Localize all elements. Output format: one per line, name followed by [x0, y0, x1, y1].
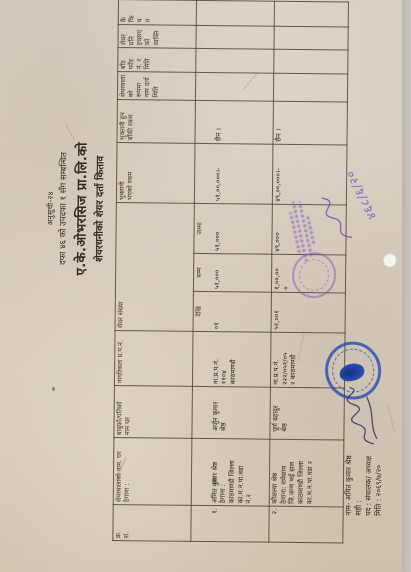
col-serial: क्र. सं. [113, 505, 191, 542]
cell-remarks [274, 1, 348, 27]
col-amount-paid: भुक्तानी भएको रकम [116, 143, 195, 204]
cell-nominee [274, 26, 348, 50]
subcol-total: जम्मा [194, 203, 213, 253]
cell-serial: २. [269, 506, 343, 543]
subheader-empty [195, 100, 213, 143]
title-block: अनुसूची-२४ दफा ४६ को उपदफा १ सँग सम्बन्ध… [45, 98, 107, 319]
cell-citizenship: ना.प्र.प.नं. ११०४ काठमाण्डौ [210, 332, 271, 388]
subheader-empty [192, 331, 211, 386]
section-reference: दफा ४६ को उपदफा १ सँग सम्बन्धित [57, 98, 70, 318]
signatory-name: नाम- अमित कुमार श्रेष्ठ [344, 455, 354, 515]
col-allotment-no-date: बाँड फाँड नं. र मिति [118, 48, 196, 73]
rotated-document: अनुसूची-२४ दफा ४६ को उपदफा १ सँग सम्बन्ध… [0, 0, 411, 572]
signature-icon [342, 382, 384, 449]
header-row: क्र. सं. शेयरवालाको नाम, घर ठेगाना : बाब… [113, 0, 197, 541]
subheader-empty [191, 505, 209, 541]
cell-registration-date [273, 73, 347, 102]
subheader-empty [196, 0, 214, 25]
stamp-inner-ring [297, 257, 331, 293]
col-registration-date: शेयरवाला को रूपमा नाम दर्ता मिति [117, 72, 195, 101]
paper-hole [383, 253, 396, 268]
col-father-husband-name: बाबुको/पतिको नाम थर [114, 386, 193, 439]
scanned-share-register-page: अनुसूची-२४ दफा ४६ को उपदफा १ सँग सम्बन्ध… [0, 0, 411, 572]
subcol-from: देखि [193, 291, 211, 331]
subheader-empty [192, 386, 211, 438]
cell-registration-date [213, 73, 273, 102]
cell-amount-due: छैन । [273, 101, 347, 145]
register-title: शेयरधनीको शेयर दर्ता किताव [91, 99, 107, 319]
signatory-block: नाम- अमित कुमार श्रेष्ठ सही : पद : संचाल… [344, 455, 384, 516]
subheader-empty [195, 72, 213, 100]
cell-share-total: ५१,००० [212, 204, 273, 255]
subheader-empty [191, 438, 210, 505]
cell-serial: १. [209, 506, 269, 543]
subheader-empty [196, 25, 214, 48]
cell-shareholder-name: कौशल्या श्रेष्ठ ठेगाना: रामेछाप जि.जन्म … [269, 439, 344, 507]
subcol-to: सम्म [193, 253, 211, 291]
cell-share-from: ०१ [211, 292, 271, 333]
cell-shareholder-name: अमित कुमार श्रेष्ठ ठेगाना : काठमाण्डौ जि… [209, 439, 270, 507]
signatory-post: पद : संचालक/ अध्यक्ष [363, 455, 373, 515]
col-shareholder-name: शेयरवालाको नाम, घर ठेगाना : [113, 438, 192, 506]
table-row: १. अमित कुमार श्रेष्ठ ठेगाना : काठमाण्डौ… [209, 1, 275, 543]
document-content: अनुसूची-२४ दफा ४६ को उपदफा १ सँग सम्बन्ध… [0, 0, 411, 572]
subheader-empty [196, 48, 214, 72]
signatory-signature-label: सही : [353, 455, 363, 515]
cell-father-name: पूर्ण बहादुर श्रेष्ठ [270, 387, 345, 440]
col-remarks: कै फि य त [118, 0, 196, 25]
cell-allotment [214, 49, 274, 74]
col-amount-due: भुक्तानी हुन बाँकी रकम [117, 100, 195, 144]
signatory-date: मिति : २०६९/७/२० [373, 456, 383, 516]
paper-sheet: अनुसूची-२४ दफा ४६ को उपदफा १ सँग सम्बन्ध… [0, 0, 411, 572]
cell-amount-due: छैन । [213, 101, 273, 145]
col-citizenship-no: नागरिकता प्र.प.नं. [114, 331, 193, 387]
cell-allotment [274, 49, 348, 74]
col-nominee: शेयर प्रति इच्छाए को व्यक्ति [118, 25, 196, 49]
cell-share-to: ५१,००० [211, 254, 271, 293]
cell-father-name: अर्जुन कुमार श्रेष्ठ [210, 387, 271, 440]
subheader-empty [194, 143, 213, 203]
cell-amount-paid: ५१,००,०००।- [212, 144, 273, 205]
cell-nominee [214, 26, 274, 50]
company-name: ए.के.ओभरसिज प्रा.लि.को [71, 99, 91, 319]
annex-label: अनुसूची-२४ [45, 98, 57, 318]
col-share-count-group: शेयर संख्या [115, 203, 194, 332]
cell-remarks [214, 1, 274, 27]
cell-share-from: ५१,००१ [271, 292, 345, 333]
